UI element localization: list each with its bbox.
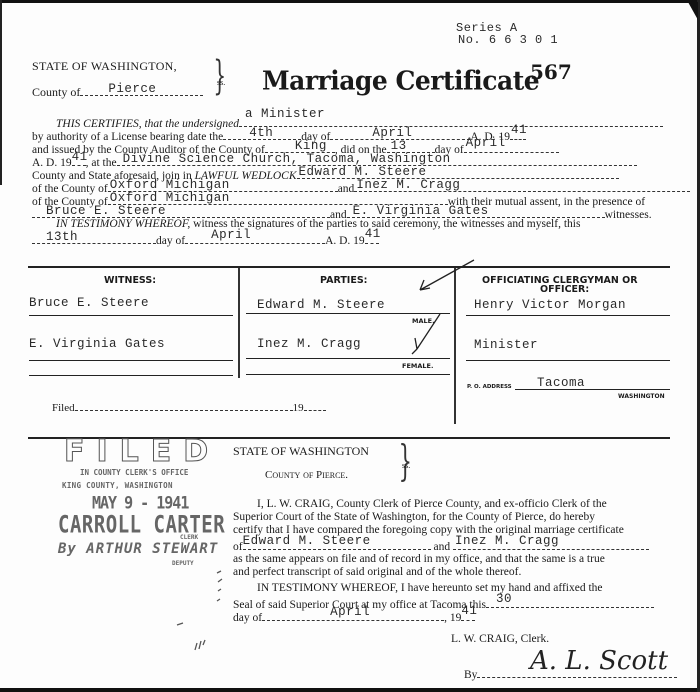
witness2-field: E. Virginia Gates (347, 205, 605, 218)
series-number-row: No. 6 6 3 0 1 (458, 34, 558, 46)
brace: } (213, 56, 226, 96)
column-divider-1 (238, 268, 240, 378)
clerk-p6: and perfect transcript of said original … (233, 566, 521, 578)
ceremony-year-field: 41 (72, 153, 86, 166)
bride-signature: Inez M. Cragg (257, 337, 361, 351)
county-value: Pierce (108, 82, 156, 96)
clerk-month-field: April (262, 608, 444, 621)
stamp-date: MAY 9 - 1941 (92, 493, 188, 514)
witness-2-line (29, 360, 233, 361)
ss-label: ss. (217, 78, 225, 87)
frame-top-border (0, 0, 700, 3)
stamp-county: KING COUNTY, WASHINGTON (62, 481, 173, 490)
clerk-bride-field: Inez M. Cragg (453, 537, 649, 550)
clerk-p9: day ofApril, 1941 (233, 608, 475, 624)
clerk-p2: Superior Court of the State of Washingto… (233, 511, 595, 523)
clerk-ss-label: ss. (402, 461, 410, 470)
filed-line: Filed19 (52, 400, 326, 414)
license-day-field: 4th (223, 127, 301, 140)
stamp-office: IN COUNTY CLERK'S OFFICE (80, 468, 188, 477)
po-address-label: P. O. ADDRESS (467, 384, 512, 390)
po-address-line (515, 389, 670, 390)
page-title: Marriage Certificate (262, 65, 539, 95)
clerk-signature: A. L. Scott (530, 646, 668, 676)
county-label: County of (32, 85, 80, 99)
series-no-label: No. (458, 33, 481, 47)
stamp-clerk-label: CLERK (180, 534, 198, 541)
filed-stamp-word: FILED (64, 434, 220, 469)
signed-year-field: 41 (365, 231, 379, 244)
witness-2-signature: E. Virginia Gates (29, 337, 165, 351)
clerk-groom-field: Edward M. Steere (243, 537, 431, 550)
corner-mark (688, 2, 698, 20)
clerk-county-heading: County of Pierce. (265, 469, 348, 481)
stamp-deputy-name: By ARTHUR STEWART (58, 541, 218, 557)
checkmark-annotations (360, 258, 510, 368)
clerk-p4: ofEdward M. Steere and Inez M. Cragg (233, 537, 649, 553)
witness-bottom-line (29, 375, 233, 376)
state-heading: STATE OF WASHINGTON, (32, 59, 177, 74)
officiant-header-line2: OFFICER: (540, 284, 589, 295)
clerk-p1: I, L. W. CRAIG, County Clerk of Pierce C… (257, 498, 607, 510)
seal-marks (165, 565, 225, 660)
signed-month-field: April (185, 231, 325, 244)
po-state-label: WASHINGTON (618, 393, 665, 400)
license-year-field: 41 (510, 127, 526, 140)
line-signed-date: 13thday ofAprilA. D. 1941 (32, 231, 379, 247)
series-number: 6 6 3 0 1 (489, 33, 558, 47)
officiant-role-field: a Minister (239, 114, 663, 127)
po-address-value: Tacoma (537, 376, 585, 390)
signed-day-field: 13th (32, 231, 156, 244)
clerk-p5: as the same appears on file and of recor… (233, 553, 605, 565)
frame-bottom-border (0, 688, 700, 692)
clerk-day-field: 30 (486, 595, 654, 608)
witness-1-signature: Bruce E. Steere (29, 296, 149, 310)
frame-left-border (0, 0, 2, 185)
witness-header: WITNESS: (104, 275, 156, 286)
witness1-field: Bruce E. Steere (32, 205, 330, 218)
county-line: County ofPierce (32, 83, 203, 100)
line-testimony: IN TESTIMONY WHEREOF, witness the signat… (56, 218, 580, 230)
bride-name-field: Inez M. Cragg (354, 179, 690, 192)
table-top-rule (28, 266, 670, 268)
parties-bottom-line (246, 374, 450, 375)
clerk-state-heading: STATE OF WASHINGTON (233, 444, 369, 459)
ceremony-month-field: April (464, 140, 559, 153)
clerk-year-field: 41 (461, 608, 475, 621)
stamp-clerk-name: CARROLL CARTER (58, 511, 225, 539)
witness-1-line (29, 315, 233, 316)
county-field: Pierce (80, 83, 203, 96)
clerk-p7: IN TESTIMONY WHEREOF, I have hereunto se… (257, 582, 603, 594)
clerk-signature-label: L. W. CRAIG, Clerk. (451, 633, 549, 645)
